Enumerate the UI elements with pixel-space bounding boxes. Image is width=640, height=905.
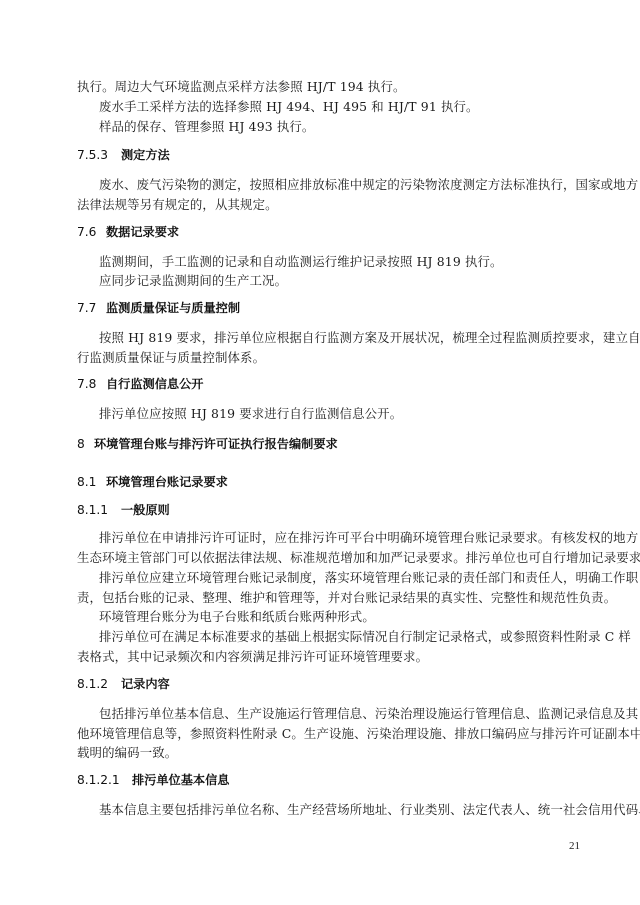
- paragraph-line: 排污单位应建立环境管理台账记录制度，落实环境管理台账记录的责任部门和责任人，明确…: [99, 570, 573, 586]
- paragraph-line: 排污单位可在满足本标准要求的基础上根据实际情况自行制定记录格式，或参照资料性附录…: [99, 629, 573, 645]
- paragraph-line: 生态环境主管部门可以依据法律法规、标准规范增加和加严记录要求。排污单位也可自行增…: [77, 550, 578, 566]
- heading-number: 8.1.2: [77, 676, 121, 692]
- heading-7-7: 7.7监测质量保证与质量控制: [77, 300, 240, 316]
- heading-title: 测定方法: [121, 148, 170, 162]
- paragraph-line: 排污单位在申请排污许可证时，应在排污许可平台中明确环境管理台账记录要求。有核发权…: [99, 530, 573, 546]
- paragraph-line: 责，包括台账的记录、整理、维护和管理等，并对台账记录结果的真实性、完整性和规范性…: [77, 590, 616, 606]
- heading-title: 监测质量保证与质量控制: [106, 301, 240, 315]
- heading-title: 排污单位基本信息: [132, 773, 230, 787]
- heading-number: 7.5.3: [77, 147, 121, 163]
- heading-title: 记录内容: [121, 677, 170, 691]
- heading-8-1-1: 8.1.1一般原则: [77, 502, 170, 518]
- paragraph-wastewater-sampling: 废水手工采样方法的选择参照 HJ 494、HJ 495 和 HJ/T 91 执行…: [99, 99, 479, 115]
- paragraph-line: 法律法规等另有规定的，从其规定。: [77, 197, 278, 213]
- paragraph-line: 包括排污单位基本信息、生产设施运行管理信息、污染治理设施运行管理信息、监测记录信…: [99, 706, 573, 722]
- page-number: 21: [569, 840, 580, 852]
- paragraph-line: 排污单位应按照 HJ 819 要求进行自行监测信息公开。: [99, 406, 402, 422]
- heading-7-8: 7.8自行监测信息公开: [77, 376, 204, 392]
- heading-number: 8.1: [77, 474, 106, 490]
- paragraph-line: 环境管理台账分为电子台账和纸质台账两种形式。: [99, 609, 375, 625]
- text-line: 执行。周边大气环境监测点采样方法参照 HJ/T 194 执行。: [77, 79, 406, 95]
- paragraph-line: 表格式，其中记录频次和内容须满足排污许可证环境管理要求。: [77, 649, 428, 665]
- heading-7-6: 7.6数据记录要求: [77, 224, 179, 240]
- heading-7-5-3: 7.5.3测定方法: [77, 147, 170, 163]
- heading-8-1-2: 8.1.2记录内容: [77, 676, 170, 692]
- heading-number: 7.8: [77, 376, 106, 392]
- heading-number: 7.7: [77, 300, 106, 316]
- heading-8: 8环境管理台账与排污许可证执行报告编制要求: [77, 436, 338, 452]
- heading-8-1: 8.1环境管理台账记录要求: [77, 474, 228, 490]
- document-page: 执行。周边大气环境监测点采样方法参照 HJ/T 194 执行。 废水手工采样方法…: [0, 0, 640, 905]
- paragraph-line: 基本信息主要包括排污单位名称、生产经营场所地址、行业类别、法定代表人、统一社会信…: [99, 802, 573, 818]
- paragraph-line: 载明的编码一致。: [77, 745, 177, 761]
- paragraph-line: 行监测质量保证与质量控制体系。: [77, 350, 265, 366]
- heading-number: 8.1.2.1: [77, 772, 132, 788]
- heading-number: 7.6: [77, 224, 106, 240]
- paragraph-line: 废水、废气污染物的测定，按照相应排放标准中规定的污染物浓度测定方法标准执行，国家…: [99, 177, 573, 193]
- heading-title: 数据记录要求: [106, 225, 179, 239]
- heading-number: 8: [77, 436, 94, 452]
- paragraph-line: 监测期间，手工监测的记录和自动监测运行维护记录按照 HJ 819 执行。: [99, 254, 503, 270]
- heading-title: 自行监测信息公开: [106, 377, 204, 391]
- heading-title: 环境管理台账与排污许可证执行报告编制要求: [94, 437, 338, 451]
- heading-title: 一般原则: [121, 503, 170, 517]
- paragraph-sample-storage: 样品的保存、管理参照 HJ 493 执行。: [99, 119, 314, 135]
- paragraph-line: 按照 HJ 819 要求，排污单位应根据自行监测方案及开展状况，梳理全过程监测质…: [99, 330, 573, 346]
- heading-8-1-2-1: 8.1.2.1排污单位基本信息: [77, 772, 230, 788]
- paragraph-line: 他环境管理信息等，参照资料性附录 C。生产设施、污染治理设施、排放口编码应与排污…: [77, 726, 573, 742]
- paragraph-line: 应同步记录监测期间的生产工况。: [99, 273, 287, 289]
- heading-title: 环境管理台账记录要求: [106, 475, 228, 489]
- heading-number: 8.1.1: [77, 502, 121, 518]
